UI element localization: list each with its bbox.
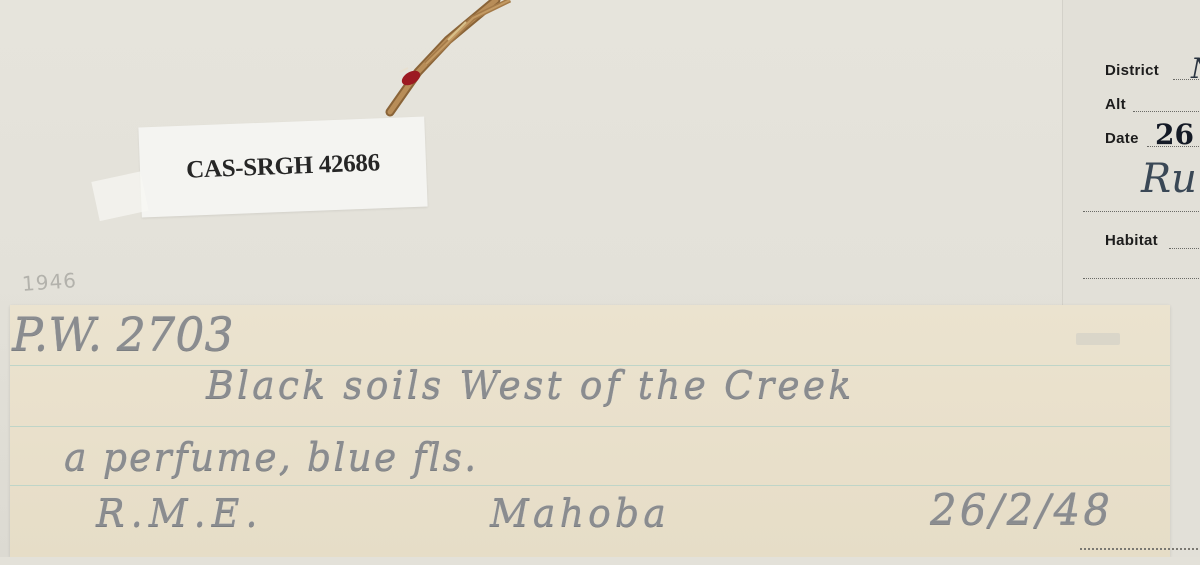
note-collector-number: P.W. 2703 bbox=[12, 307, 234, 361]
herbarium-sheet: CAS-SRGH 42686 1946 District N Alt Date … bbox=[0, 0, 1200, 565]
field-locality-value: Ru bbox=[1141, 156, 1197, 202]
note-habitat-line: Black soils West of the Creek bbox=[206, 363, 854, 407]
faint-stamp bbox=[1076, 333, 1120, 345]
note-collector-initials: R.M.E. bbox=[96, 491, 264, 535]
field-date-value: 26 bbox=[1155, 118, 1194, 151]
rule-line bbox=[10, 426, 1170, 427]
note-description-line: a perfume, blue fls. bbox=[64, 435, 478, 479]
field-habitat-line-2 bbox=[1083, 278, 1200, 279]
field-habitat-line bbox=[1169, 248, 1200, 249]
field-locality-line bbox=[1083, 211, 1200, 212]
catalog-number: CAS-SRGH 42686 bbox=[186, 149, 381, 184]
field-habitat-label: Habitat bbox=[1105, 232, 1158, 249]
specimen-catalog-tag: CAS-SRGH 42686 bbox=[138, 117, 427, 218]
sheet-bottom-edge bbox=[0, 557, 1200, 565]
tape-piece bbox=[91, 171, 148, 221]
note-locality: Mahoba bbox=[490, 491, 670, 535]
field-district-value: N bbox=[1191, 52, 1200, 85]
note-date: 26/2/48 bbox=[930, 485, 1113, 534]
field-district-label: District bbox=[1105, 62, 1159, 79]
field-alt-line bbox=[1133, 111, 1200, 112]
plant-stem-icon bbox=[378, 0, 528, 120]
handwritten-field-note: P.W. 2703 Black soils West of the Creek … bbox=[10, 305, 1170, 557]
field-date-label: Date bbox=[1105, 130, 1139, 147]
field-alt-label: Alt bbox=[1105, 96, 1126, 113]
pencil-year-annotation: 1946 bbox=[21, 268, 77, 296]
label-bottom-dotted-line bbox=[1080, 548, 1198, 550]
